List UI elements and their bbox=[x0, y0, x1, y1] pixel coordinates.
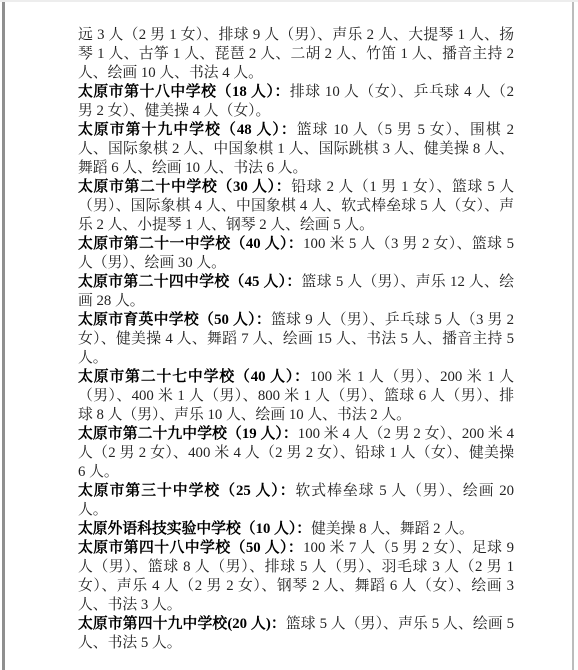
paragraph-school-no30: 太原市第三十中学校（25 人）：软式棒垒球 5 人（男）、绘画 20 人。 bbox=[78, 482, 514, 520]
paragraph-continuation: 远 3 人（2 男 1 女）、排球 9 人（男）、声乐 2 人、大提琴 1 人、… bbox=[78, 26, 514, 83]
page-left-edge bbox=[2, 2, 5, 670]
school-name: 太原市第二十中学校（30 人）： bbox=[78, 179, 291, 195]
school-name: 太原市第四十八中学校（50 人）： bbox=[78, 540, 303, 556]
page-top-edge bbox=[0, 0, 578, 2]
school-name: 太原市第四十九中学校(20 人)： bbox=[78, 616, 286, 632]
paragraph-school-no49: 太原市第四十九中学校(20 人)：篮球 5 人（男）、声乐 5 人、绘画 5 人… bbox=[78, 615, 514, 653]
school-name: 太原外语科技实验中学校（10 人）： bbox=[78, 521, 311, 537]
paragraph-school-foreign-lang-tech: 太原外语科技实验中学校（10 人）：健美操 8 人、舞蹈 2 人。 bbox=[78, 520, 514, 539]
page-right-edge bbox=[572, 2, 574, 670]
document-page: 远 3 人（2 男 1 女）、排球 9 人（男）、声乐 2 人、大提琴 1 人、… bbox=[0, 0, 578, 670]
paragraph-school-no27: 太原市第二十七中学校（40 人）：100 米 1 人（男）、200 米 1 人（… bbox=[78, 368, 514, 425]
paragraph-school-yuying: 太原市育英中学校（50 人）：篮球 9 人（男）、乒乓球 5 人（3 男 2 女… bbox=[78, 311, 514, 368]
school-name: 太原市第二十一中学校（40 人）： bbox=[78, 236, 303, 252]
school-details: 远 3 人（2 男 1 女）、排球 9 人（男）、声乐 2 人、大提琴 1 人、… bbox=[78, 27, 514, 81]
paragraph-school-no19: 太原市第十九中学校（48 人）：篮球 10 人（5 男 5 女）、围棋 2 人、… bbox=[78, 121, 514, 178]
school-name: 太原市育英中学校（50 人）： bbox=[78, 312, 271, 328]
school-name: 太原市第二十四中学校（45 人）： bbox=[78, 274, 302, 290]
school-name: 太原市第二十七中学校（40 人）： bbox=[78, 369, 310, 385]
school-name: 太原市第十九中学校（48 人）： bbox=[78, 122, 297, 138]
school-name: 太原市第十八中学校（18 人）： bbox=[78, 84, 290, 100]
document-body: 远 3 人（2 男 1 女）、排球 9 人（男）、声乐 2 人、大提琴 1 人、… bbox=[78, 26, 514, 653]
school-details: 健美操 8 人、舞蹈 2 人。 bbox=[311, 521, 474, 537]
paragraph-school-no20: 太原市第二十中学校（30 人）：铅球 2 人（1 男 1 女）、篮球 5 人（男… bbox=[78, 178, 514, 235]
school-name: 太原市第二十九中学校（19 人）： bbox=[78, 426, 298, 442]
paragraph-school-no29: 太原市第二十九中学校（19 人）：100 米 4 人（2 男 2 女）、200 … bbox=[78, 425, 514, 482]
paragraph-school-no24: 太原市第二十四中学校（45 人）：篮球 5 人（男）、声乐 12 人、绘画 28… bbox=[78, 273, 514, 311]
school-name: 太原市第三十中学校（25 人）： bbox=[78, 483, 296, 499]
paragraph-school-no18: 太原市第十八中学校（18 人）：排球 10 人（女）、乒乓球 4 人（2 男 2… bbox=[78, 83, 514, 121]
paragraph-school-no48: 太原市第四十八中学校（50 人）：100 米 7 人（5 男 2 女）、足球 9… bbox=[78, 539, 514, 615]
paragraph-school-no21: 太原市第二十一中学校（40 人）：100 米 5 人（3 男 2 女）、篮球 5… bbox=[78, 235, 514, 273]
